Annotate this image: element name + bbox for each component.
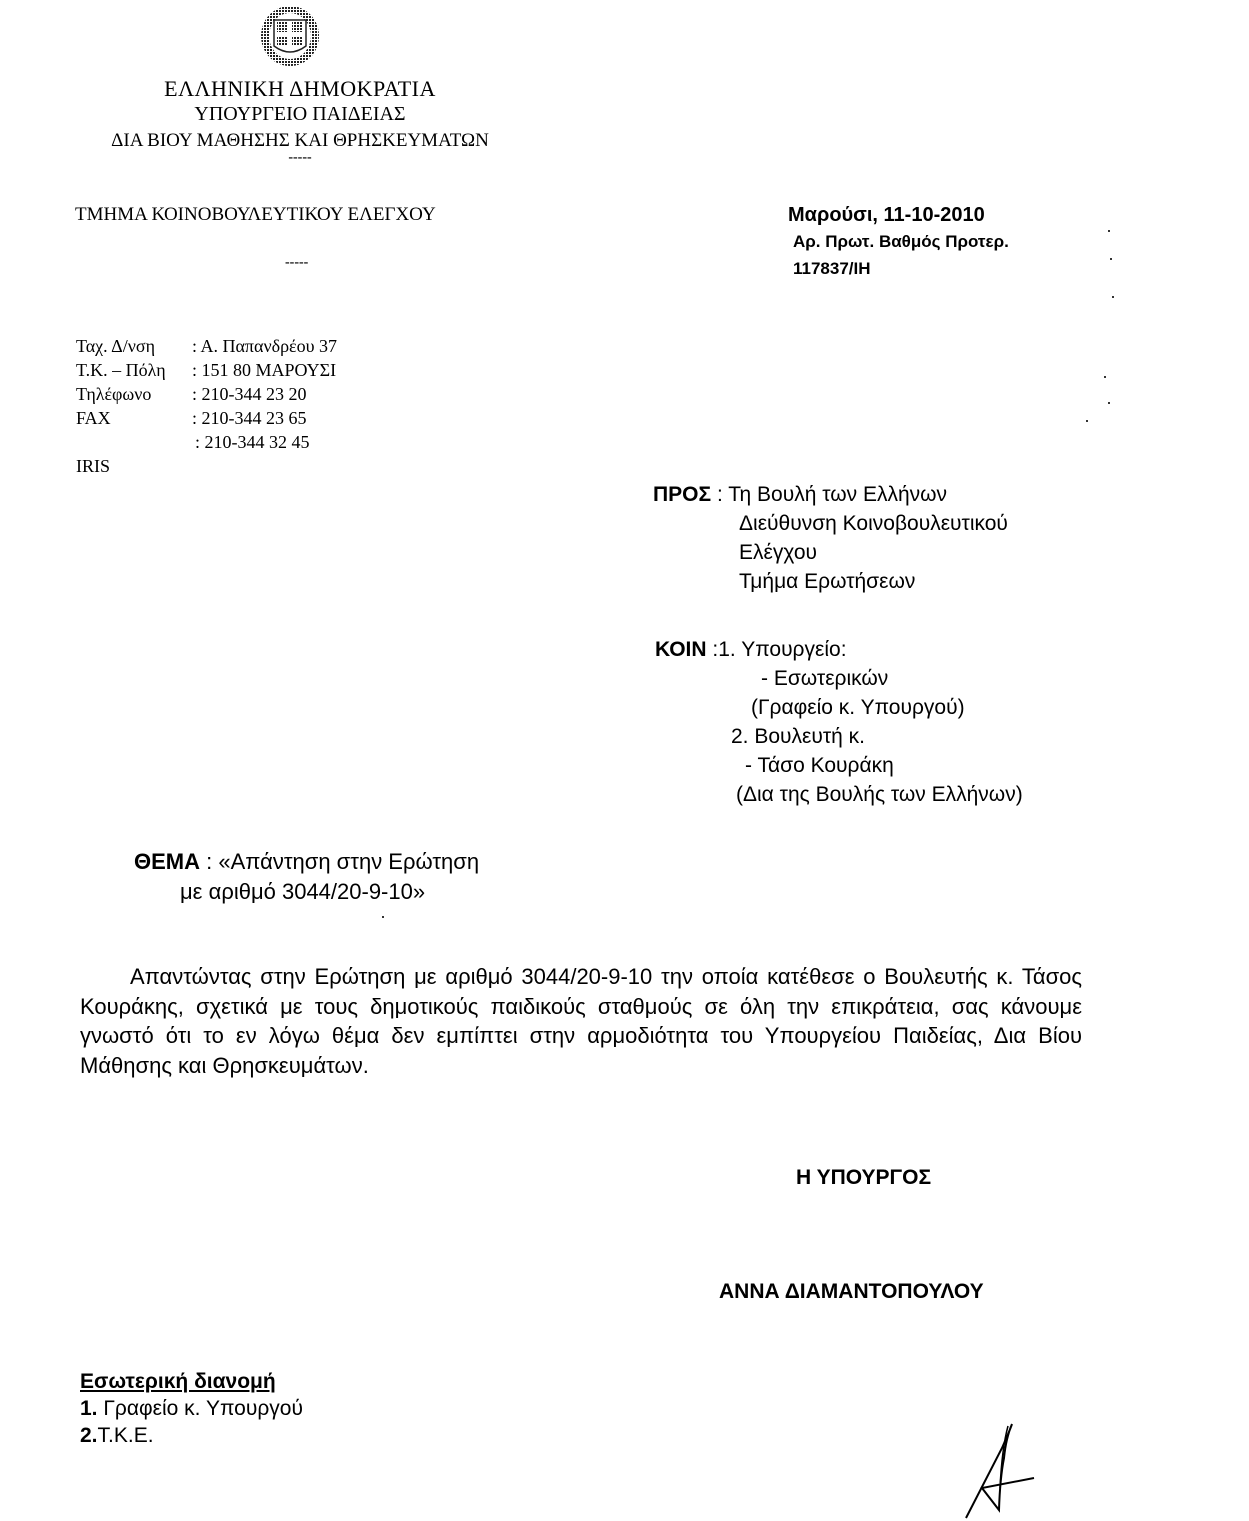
contact-value: : 210-344 32 45 xyxy=(195,432,310,452)
contact-value: : 151 80 ΜΑΡΟΥΣΙ xyxy=(192,360,336,380)
distribution-number: 1. xyxy=(80,1397,98,1420)
cc-text: :1. Υπουργείο: xyxy=(712,638,846,661)
recipient-text: Τη Βουλή των Ελλήνων xyxy=(728,483,947,506)
contact-value: : 210-344 23 20 xyxy=(192,384,307,404)
scan-speck xyxy=(1108,230,1110,232)
contact-block: Ταχ. Δ/νση: Α. Παπανδρέου 37 Τ.Κ. – Πόλη… xyxy=(76,334,337,478)
distribution-item: 2.Τ.Κ.Ε. xyxy=(80,1422,303,1449)
cc-line: ΚΟΙΝ :1. Υπουργείο: xyxy=(655,635,1023,664)
cc-block: ΚΟΙΝ :1. Υπουργείο: - Εσωτερικών (Γραφεί… xyxy=(655,635,1023,809)
place-date: Μαρούσι, 11-10-2010 xyxy=(788,204,985,227)
handwritten-signature-icon xyxy=(962,1418,1042,1521)
protocol-label: Αρ. Πρωτ. Βαθμός Προτερ. xyxy=(793,232,1009,252)
cc-line: 2. Βουλευτή κ. xyxy=(655,722,1023,751)
scan-speck xyxy=(1112,296,1114,298)
recipient-line: Διεύθυνση Κοινοβουλευτικού xyxy=(653,509,1008,538)
recipient-block: ΠΡΟΣ : Τη Βουλή των Ελλήνων Διεύθυνση Κο… xyxy=(653,480,1008,596)
contact-value: : Α. Παπανδρέου 37 xyxy=(192,336,337,356)
subject-line: ΘΕΜΑ : «Απάντηση στην Ερώτηση xyxy=(134,847,479,877)
header-ministry: ΥΠΟΥΡΓΕΙΟ ΠΑΙΔΕΙΑΣ xyxy=(60,103,540,126)
protocol-number: 117837/ΙΗ xyxy=(793,259,871,279)
distribution-item: 1. Γραφείο κ. Υπουργού xyxy=(80,1395,303,1422)
cc-line: (Δια της Βουλής των Ελλήνων) xyxy=(655,780,1023,809)
cc-line: - Εσωτερικών xyxy=(655,664,1023,693)
contact-value: : 210-344 23 65 xyxy=(192,408,307,428)
contact-label: Τ.Κ. – Πόλη xyxy=(76,358,192,382)
to-colon: : xyxy=(711,483,728,506)
contact-row: IRIS xyxy=(76,454,337,478)
to-label: ΠΡΟΣ xyxy=(653,483,711,506)
contact-label: FAX xyxy=(76,406,192,430)
contact-label: IRIS xyxy=(76,454,192,478)
greek-coat-of-arms-icon xyxy=(258,4,322,70)
subject-line: με αριθμό 3044/20-9-10» xyxy=(134,877,479,907)
cc-label: ΚΟΙΝ xyxy=(655,638,707,661)
recipient-line: ΠΡΟΣ : Τη Βουλή των Ελλήνων xyxy=(653,480,1008,509)
contact-row: Τ.Κ. – Πόλη: 151 80 ΜΑΡΟΥΣΙ xyxy=(76,358,337,382)
contact-label: Τηλέφωνο xyxy=(76,382,192,406)
scan-speck xyxy=(1108,402,1110,404)
department-name: ΤΜΗΜΑ ΚΟΙΝΟΒΟΥΛΕΥΤΙΚΟΥ ΕΛΕΓΧΟΥ xyxy=(75,204,436,226)
cc-line: (Γραφείο κ. Υπουργού) xyxy=(655,693,1023,722)
distribution-number: 2. xyxy=(80,1424,98,1447)
header-ministry-sub: ΔΙΑ ΒΙΟΥ ΜΑΘΗΣΗΣ ΚΑΙ ΘΡΗΣΚΕΥΜΑΤΩΝ xyxy=(60,130,540,152)
scan-speck xyxy=(382,916,384,918)
distribution-block: Εσωτερική διανομή 1. Γραφείο κ. Υπουργού… xyxy=(80,1368,303,1449)
distribution-text: Γραφείο κ. Υπουργού xyxy=(98,1397,303,1420)
scan-speck xyxy=(1104,376,1106,378)
scan-speck xyxy=(1086,420,1088,422)
distribution-text: Τ.Κ.Ε. xyxy=(98,1424,154,1447)
distribution-heading: Εσωτερική διανομή xyxy=(80,1368,303,1395)
recipient-line: Ελέγχου xyxy=(653,538,1008,567)
cc-line: - Τάσο Κουράκη xyxy=(655,751,1023,780)
contact-label: Ταχ. Δ/νση xyxy=(76,334,192,358)
scan-speck xyxy=(1110,258,1112,260)
recipient-line: Τμήμα Ερωτήσεων xyxy=(653,567,1008,596)
subject-text: : «Απάντηση στην Ερώτηση xyxy=(200,849,479,874)
contact-row: Ταχ. Δ/νση: Α. Παπανδρέου 37 xyxy=(76,334,337,358)
contact-row: FAX: 210-344 23 65 xyxy=(76,406,337,430)
header-country: ΕΛΛΗΝΙΚΗ ΔΗΜΟΚΡΑΤΙΑ xyxy=(60,76,540,102)
subject-block: ΘΕΜΑ : «Απάντηση στην Ερώτηση με αριθμό … xyxy=(134,847,479,907)
header-separator: ----- xyxy=(60,150,540,166)
subject-label: ΘΕΜΑ xyxy=(134,849,200,874)
signature-title: Η ΥΠΟΥΡΓΟΣ xyxy=(796,1166,931,1190)
signature-name: ΑΝΝΑ ΔΙΑΜΑΝΤΟΠΟΥΛΟΥ xyxy=(719,1280,984,1304)
department-separator: ----- xyxy=(285,255,308,271)
contact-row: Τηλέφωνο: 210-344 23 20 xyxy=(76,382,337,406)
contact-row: : 210-344 32 45 xyxy=(76,430,337,454)
body-paragraph: Απαντώντας στην Ερώτηση με αριθμό 3044/2… xyxy=(80,962,1082,1080)
